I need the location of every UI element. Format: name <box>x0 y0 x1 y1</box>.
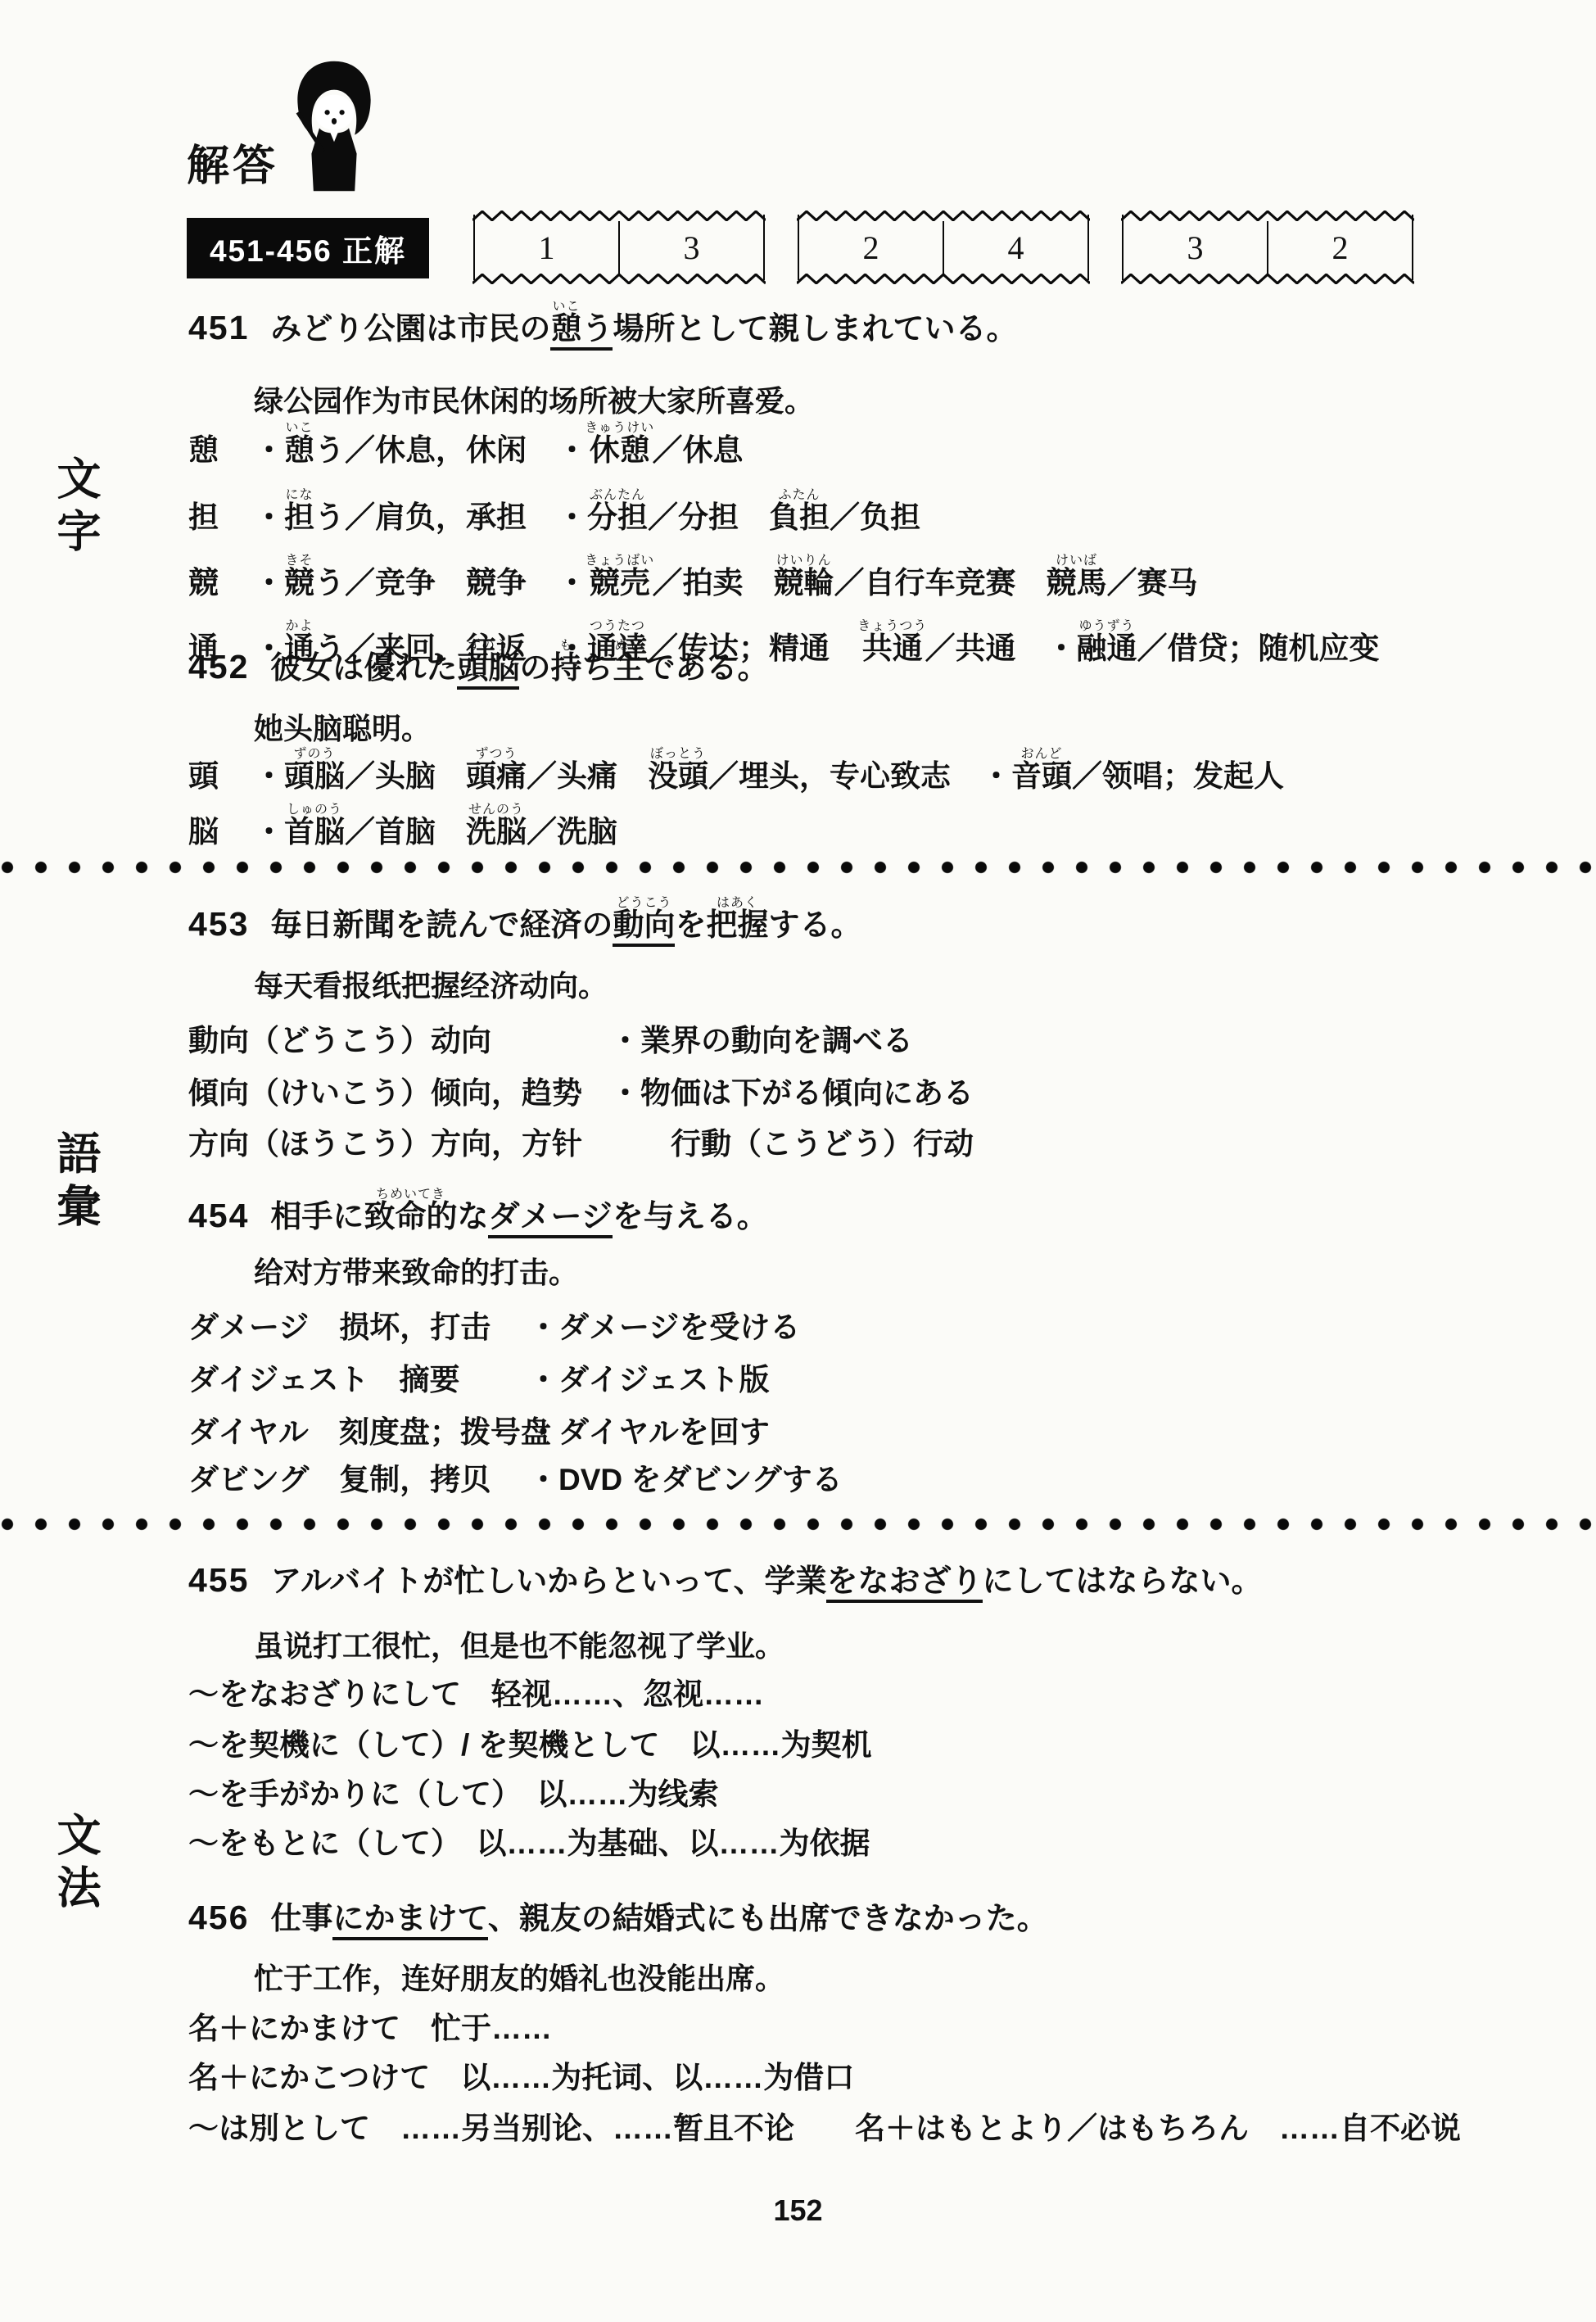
section-label-bunpou: 文法 <box>44 1812 107 1917</box>
vocab-row: 方向（ほうこう）方向，方针 行動（こうどう）行动 <box>188 1119 974 1163</box>
grammar-row: ～を手がかりに（して） 以……为线索 <box>188 1769 719 1813</box>
answer-box-3: 3 2 <box>1122 215 1413 280</box>
vocab-example: ・ダイジェスト版 <box>528 1355 770 1399</box>
question-number: 452 <box>188 648 249 686</box>
vocab-row: ダメージ 损坏，打击・ダメージを受ける <box>188 1302 800 1347</box>
girl-mascot-illustration <box>280 54 388 198</box>
question-sentence: 仕事にかまけて、親友の結婚式にも出席できなかった。 <box>270 1902 1047 1940</box>
vocab-word: 方向（ほうこう）方向，方针 <box>188 1119 610 1163</box>
question-sentence: みどり公園は市民の憩いこう場所として親しまれている。 <box>270 312 1017 351</box>
vocab-example: ・業界の動向を調べる <box>610 1016 913 1060</box>
vocab-row: ダビング 复制，拷贝・DVD をダビングする <box>188 1455 843 1499</box>
vocab-row: 担・担になう／肩负，承担 ・分担ぶんたん／分担 負担ふたん／负担 <box>188 488 920 536</box>
kanji-examples: ・憩いこう／休息，休闲 ・休憩きゅうけい／休息 <box>254 433 744 467</box>
question-451: 451みどり公園は市民の憩いこう場所として親しまれている。 <box>188 300 1017 348</box>
answer-453: 2 <box>799 220 943 275</box>
vocab-row: 頭・頭脳ずのう／头脑 頭痛ずつう／头痛 没頭ぼっとう／埋头，专心致志 ・音頭おん… <box>188 747 1284 794</box>
section-label-moji: 文字 <box>44 455 107 560</box>
vocab-word: 動向（どうこう）动向 <box>188 1016 610 1060</box>
question-sentence: 相手に致命的ちめいてきなダメージを与える。 <box>270 1200 767 1238</box>
kanji-head: 頭 <box>188 759 254 794</box>
question-number: 455 <box>188 1561 249 1599</box>
answer-box-1: 1 3 <box>473 215 765 280</box>
zigzag-border-icon <box>472 274 766 284</box>
question-sentence: アルバイトが忙しいからといって、学業をなおざりにしてはならない。 <box>270 1564 1262 1603</box>
grammar-row: ～は別として ……另当别论、……暂且不论 名＋はもとより／はもちろん ……自不必… <box>188 2103 1461 2148</box>
question-454: 454相手に致命的ちめいてきなダメージを与える。 <box>188 1188 768 1236</box>
vocab-row: 傾向（けいこう）倾向，趋势・物価は下がる傾向にある <box>188 1068 974 1112</box>
answer-box-2: 2 4 <box>798 215 1089 280</box>
answer-452: 3 <box>620 220 763 275</box>
vocab-example: ・物価は下がる傾向にある <box>610 1068 974 1112</box>
dotted-divider <box>0 1517 1596 1532</box>
zigzag-border-icon <box>1121 274 1414 284</box>
answer-455: 3 <box>1124 220 1267 275</box>
page-title: 解答 <box>187 131 278 192</box>
vocab-row: 憩・憩いこう／休息，休闲 ・休憩きゅうけい／休息 <box>188 421 744 468</box>
question-452: 452彼女は優れた頭脳ずのうの持もち主ぬしである。 <box>188 639 769 687</box>
answer-451: 1 <box>475 220 618 275</box>
question-number: 451 <box>188 309 249 346</box>
vocab-row: 競・競きそう／竞争 競争 ・競売きょうばい／拍卖 競輪けいりん／自行车竞赛 競馬… <box>188 554 1198 601</box>
question-number: 454 <box>188 1197 249 1234</box>
textbook-answer-page: 解答 451-456 正解 1 3 2 4 3 <box>0 0 1596 2322</box>
vocab-example: ・ダメージを受ける <box>528 1302 800 1347</box>
vocab-row: 脳・首脳しゅのう／首脑 洗脳せんのう／洗脑 <box>188 803 617 850</box>
vocab-example: ・ダイヤルを回す <box>528 1407 770 1451</box>
answer-456: 2 <box>1268 220 1412 275</box>
kanji-head: 競 <box>188 566 254 601</box>
question-number: 453 <box>188 905 249 943</box>
kanji-examples: ・首脳しゅのう／首脑 洗脳せんのう／洗脑 <box>254 815 617 849</box>
kanji-head: 担 <box>188 500 254 536</box>
question-number: 456 <box>188 1899 249 1936</box>
question-454-translation: 给对方带来致命的打击。 <box>254 1250 578 1292</box>
vocab-row: ダイジェスト 摘要・ダイジェスト版 <box>188 1355 770 1399</box>
question-455-translation: 虽说打工很忙，但是也不能忽视了学业。 <box>254 1623 784 1665</box>
grammar-row: ～をもとに（して） 以……为基础、以……为依据 <box>188 1818 870 1863</box>
vocab-word: ダビング 复制，拷贝 <box>188 1455 528 1499</box>
question-451-translation: 绿公园作为市民休闲的场所被大家所喜爱。 <box>254 378 814 420</box>
answer-454: 4 <box>944 220 1087 275</box>
question-452-translation: 她头脑聪明。 <box>254 706 431 748</box>
grammar-row: ～をなおざりにして 轻视……、忽视…… <box>188 1669 764 1713</box>
vocab-word: ダイジェスト 摘要 <box>188 1355 528 1399</box>
vocab-example: 行動（こうどう）行动 <box>610 1119 974 1163</box>
dotted-divider <box>0 860 1596 875</box>
grammar-row: ～を契機に（して）/ を契機として 以……为契机 <box>188 1720 872 1764</box>
page-number: 152 <box>0 2193 1596 2228</box>
answer-range-label: 451-456 正解 <box>187 218 429 278</box>
grammar-row: 名＋にかまけて 忙于…… <box>188 2003 552 2048</box>
question-sentence: 彼女は優れた頭脳ずのうの持もち主ぬしである。 <box>270 651 768 690</box>
kanji-examples: ・担になう／肩负，承担 ・分担ぶんたん／分担 負担ふたん／负担 <box>254 500 920 534</box>
vocab-example: ・DVD をダビングする <box>528 1455 843 1499</box>
grammar-row: 名＋にかこつけて 以……为托词、以……为借口 <box>188 2053 854 2097</box>
vocab-row: 動向（どうこう）动向・業界の動向を調べる <box>188 1016 913 1060</box>
vocab-word: ダイヤル 刻度盘；拨号盘 <box>188 1407 528 1451</box>
kanji-head: 脳 <box>188 815 254 850</box>
vocab-word: ダメージ 损坏，打击 <box>188 1302 528 1347</box>
question-453-translation: 每天看报纸把握经济动向。 <box>254 963 608 1005</box>
question-sentence: 毎日新聞を読んで経済の動向どうこうを把握はあくする。 <box>270 908 861 947</box>
vocab-word: 傾向（けいこう）倾向，趋势 <box>188 1068 610 1112</box>
kanji-examples: ・頭脳ずのう／头脑 頭痛ずつう／头痛 没頭ぼっとう／埋头，专心致志 ・音頭おんど… <box>254 759 1284 793</box>
zigzag-border-icon <box>797 274 1090 284</box>
kanji-head: 憩 <box>188 433 254 468</box>
question-455: 455アルバイトが忙しいからといって、学業をなおざりにしてはならない。 <box>188 1561 1263 1600</box>
section-label-goi: 語彙 <box>44 1130 107 1235</box>
question-453: 453毎日新聞を読んで経済の動向どうこうを把握はあくする。 <box>188 896 862 944</box>
question-456-translation: 忙于工作，连好朋友的婚礼也没能出席。 <box>254 1956 784 1998</box>
question-456: 456仕事にかまけて、親友の結婚式にも出席できなかった。 <box>188 1899 1048 1938</box>
vocab-row: ダイヤル 刻度盘；拨号盘・ダイヤルを回す <box>188 1407 770 1451</box>
kanji-examples: ・競きそう／竞争 競争 ・競売きょうばい／拍卖 競輪けいりん／自行车竞赛 競馬け… <box>254 566 1198 600</box>
